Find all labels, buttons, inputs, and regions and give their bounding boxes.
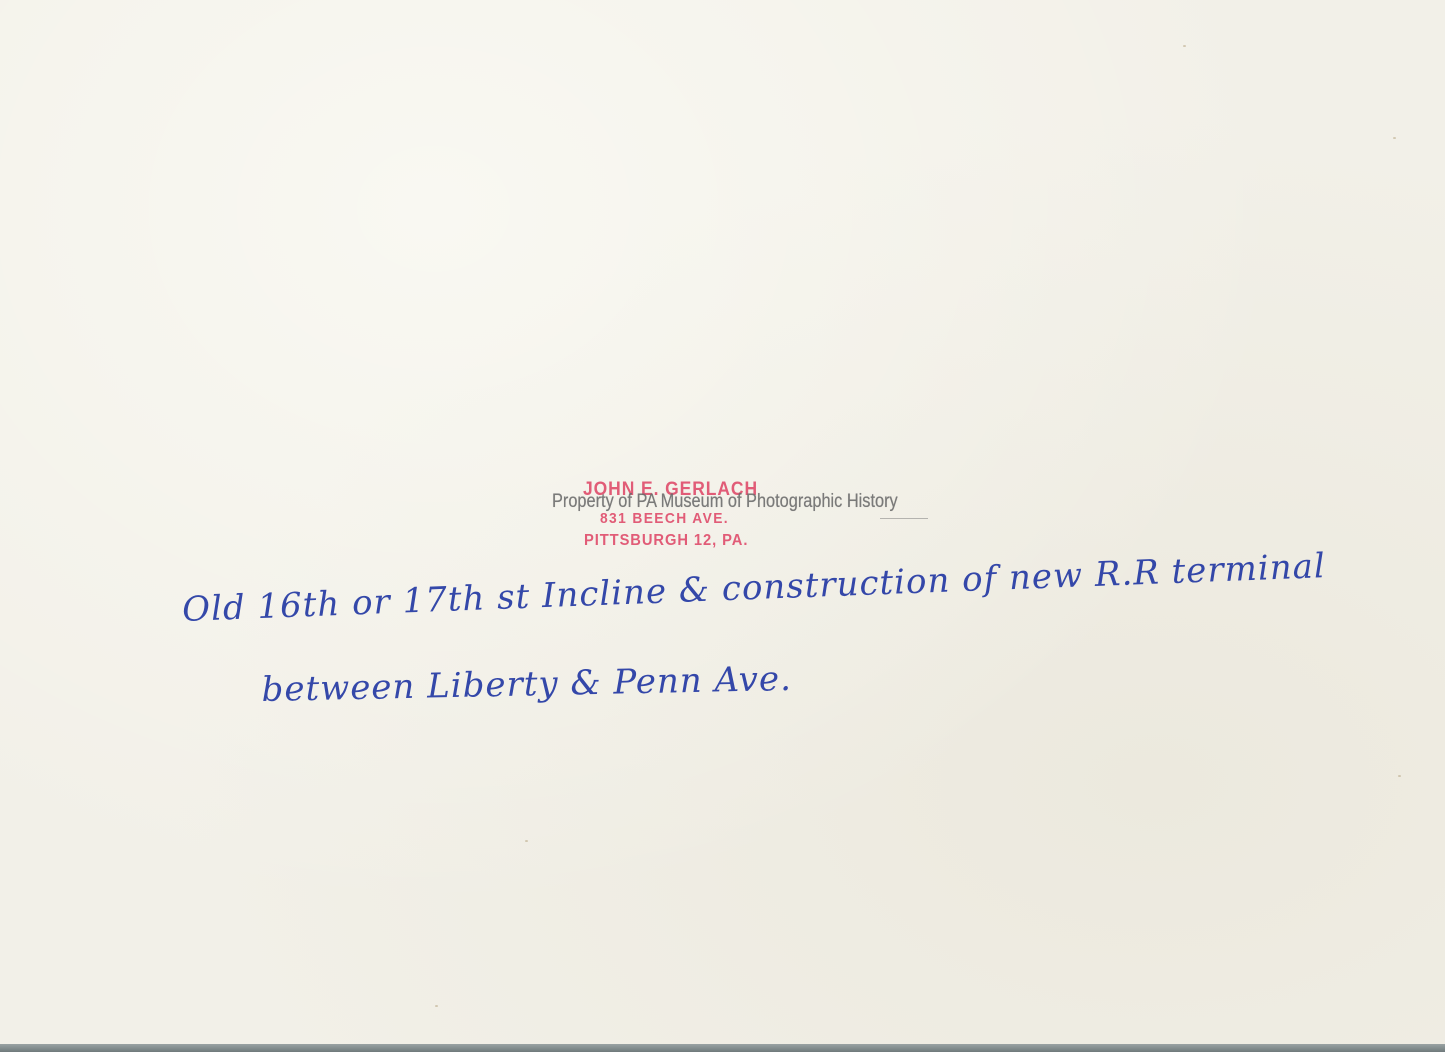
handwritten-note-line-2: between Liberty & Penn Ave. xyxy=(261,659,792,710)
paper-speck xyxy=(435,1005,438,1007)
scan-bottom-edge xyxy=(0,1044,1445,1052)
handwritten-note-line-1: Old 16th or 17th st Incline & constructi… xyxy=(181,546,1326,630)
photo-back-paper: JOHN E. GERLACH Property of PA Museum of… xyxy=(0,0,1445,1044)
paper-speck xyxy=(1398,775,1401,777)
stamp-underline xyxy=(880,518,928,519)
photographer-stamp-street: 831 BEECH AVE. xyxy=(600,510,729,527)
paper-speck xyxy=(1183,45,1186,47)
photographer-stamp-city: PITTSBURGH 12, PA. xyxy=(584,532,748,550)
paper-speck xyxy=(525,840,528,842)
paper-speck xyxy=(1393,137,1396,139)
